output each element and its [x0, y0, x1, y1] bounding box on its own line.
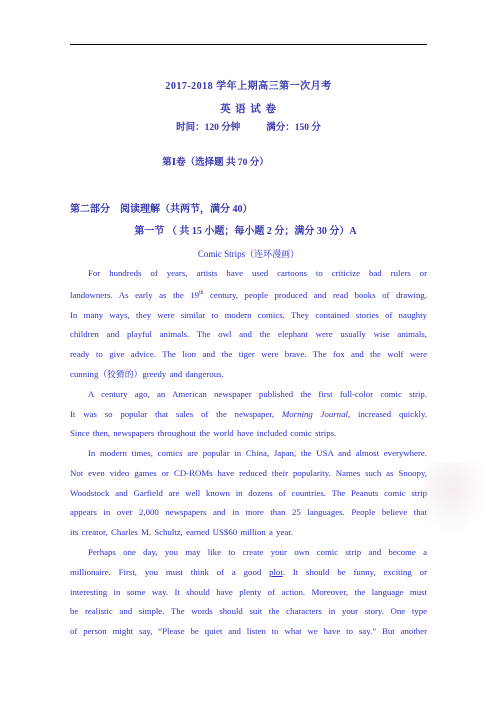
- passage-line: It was so popular that sales of the news…: [70, 405, 427, 425]
- passage-text: its creator, Charles M. Schultz, earned …: [70, 527, 293, 537]
- passage-line: be realistic and simple. The words shoul…: [70, 602, 427, 622]
- passage-line: For hundreds of years, artists have used…: [70, 264, 427, 284]
- passage-text: cunning（狡猾的）greedy and dangerous.: [70, 369, 224, 379]
- passage-text: increased quickly.: [350, 409, 427, 419]
- section-heading: 第一节 （ 共 15 小题；每小题 2 分；满分 30 分）A: [70, 225, 427, 238]
- passage-text: Not even video games or CD-ROMs have red…: [70, 468, 427, 478]
- passage-text: In modern times, comics are popular in C…: [88, 448, 427, 458]
- passage-text: millionaire. First, you must think of a …: [70, 567, 269, 577]
- passage-body: For hundreds of years, artists have used…: [70, 264, 427, 642]
- passage-text: century, people produced and read books …: [204, 290, 427, 300]
- passage-text: appears in over 2,000 newspapers and in …: [70, 507, 427, 517]
- exam-total-score: 满分：150 分: [266, 123, 321, 133]
- italic-text: Morning Journal,: [282, 409, 350, 419]
- passage-line: Not even video games or CD-ROMs have red…: [70, 464, 427, 484]
- paragraph: A century ago, an American newspaper pub…: [70, 385, 427, 444]
- passage-line: Since then, newspapers throughout the wo…: [70, 424, 427, 444]
- passage-text: . It should be funny, exciting or: [283, 567, 427, 577]
- passage-text: For hundreds of years, artists have used…: [88, 268, 427, 278]
- underlined-text: plot: [269, 567, 283, 577]
- passage-line: Perhaps one day, you may like to create …: [70, 543, 427, 563]
- passage-line: In modern times, comics are popular in C…: [70, 444, 427, 464]
- passage-text: landowners. As early as the 19: [70, 290, 199, 300]
- passage-line: interesting in some way. It should have …: [70, 583, 427, 603]
- passage-text: Since then, newspapers throughout the wo…: [70, 428, 336, 438]
- passage-text: be realistic and simple. The words shoul…: [70, 606, 427, 616]
- passage-line: children and playful animals. The owl an…: [70, 325, 427, 345]
- passage-line: millionaire. First, you must think of a …: [70, 563, 427, 583]
- passage-line: A century ago, an American newspaper pub…: [70, 385, 427, 405]
- exam-duration: 时间：120 分钟: [176, 123, 240, 133]
- passage-text: ready to give advice. The lion and the t…: [70, 349, 427, 359]
- passage-line: of person might say, “Please be quiet an…: [70, 622, 427, 642]
- paragraph: Perhaps one day, you may like to create …: [70, 543, 427, 642]
- exam-meta-line: 时间：120 分钟满分：150 分: [70, 122, 427, 135]
- paragraph: In modern times, comics are popular in C…: [70, 444, 427, 543]
- passage-line: ready to give advice. The lion and the t…: [70, 345, 427, 365]
- passage-line: In many ways, they were similar to moder…: [70, 306, 427, 326]
- exam-subtitle: 英 语 试 卷: [70, 103, 427, 116]
- passage-text: interesting in some way. It should have …: [70, 587, 427, 597]
- part-heading: 第二部分 阅读理解（共两节，满分 40）: [70, 203, 427, 216]
- passage-title: Comic Strips（连环漫画）: [70, 248, 427, 260]
- passage-text: It was so popular that sales of the news…: [70, 409, 282, 419]
- passage-text: children and playful animals. The owl an…: [70, 329, 427, 339]
- passage-line: its creator, Charles M. Schultz, earned …: [70, 523, 427, 543]
- exam-page: 2017-2018 学年上期高三第一次月考 英 语 试 卷 时间：120 分钟满…: [70, 0, 427, 642]
- passage-line: Woodstock and Garfield are well known in…: [70, 484, 427, 504]
- volume-heading: 第Ⅰ卷（选择题 共 70 分）: [70, 157, 427, 170]
- exam-title: 2017-2018 学年上期高三第一次月考: [70, 80, 427, 93]
- paragraph: For hundreds of years, artists have used…: [70, 264, 427, 385]
- passage-text: A century ago, an American newspaper pub…: [88, 389, 427, 399]
- passage-text: Woodstock and Garfield are well known in…: [70, 488, 427, 498]
- passage-line: cunning（狡猾的）greedy and dangerous.: [70, 365, 427, 385]
- passage-line: landowners. As early as the 19th century…: [70, 284, 427, 306]
- passage-text: In many ways, they were similar to moder…: [70, 310, 427, 320]
- passage-line: appears in over 2,000 newspapers and in …: [70, 503, 427, 523]
- passage-text: of person might say, “Please be quiet an…: [70, 626, 427, 636]
- passage-text: Perhaps one day, you may like to create …: [88, 547, 427, 557]
- faint-watermark: [424, 462, 492, 538]
